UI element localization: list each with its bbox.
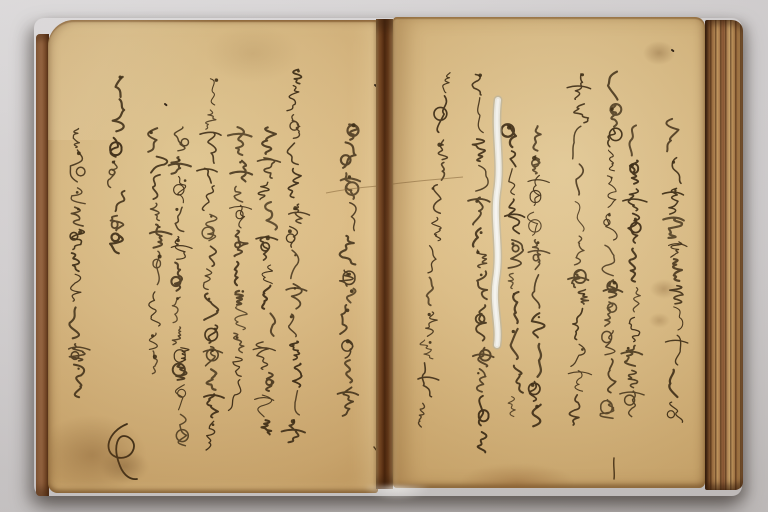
gutter-bottom-light bbox=[352, 486, 442, 508]
right-page bbox=[393, 17, 705, 488]
right-page-calligraphy bbox=[393, 17, 705, 488]
page-edges-stack bbox=[705, 20, 743, 490]
left-page bbox=[48, 20, 378, 493]
left-page-calligraphy bbox=[48, 20, 378, 493]
book-gutter bbox=[376, 19, 393, 489]
photo-scene bbox=[0, 0, 768, 512]
